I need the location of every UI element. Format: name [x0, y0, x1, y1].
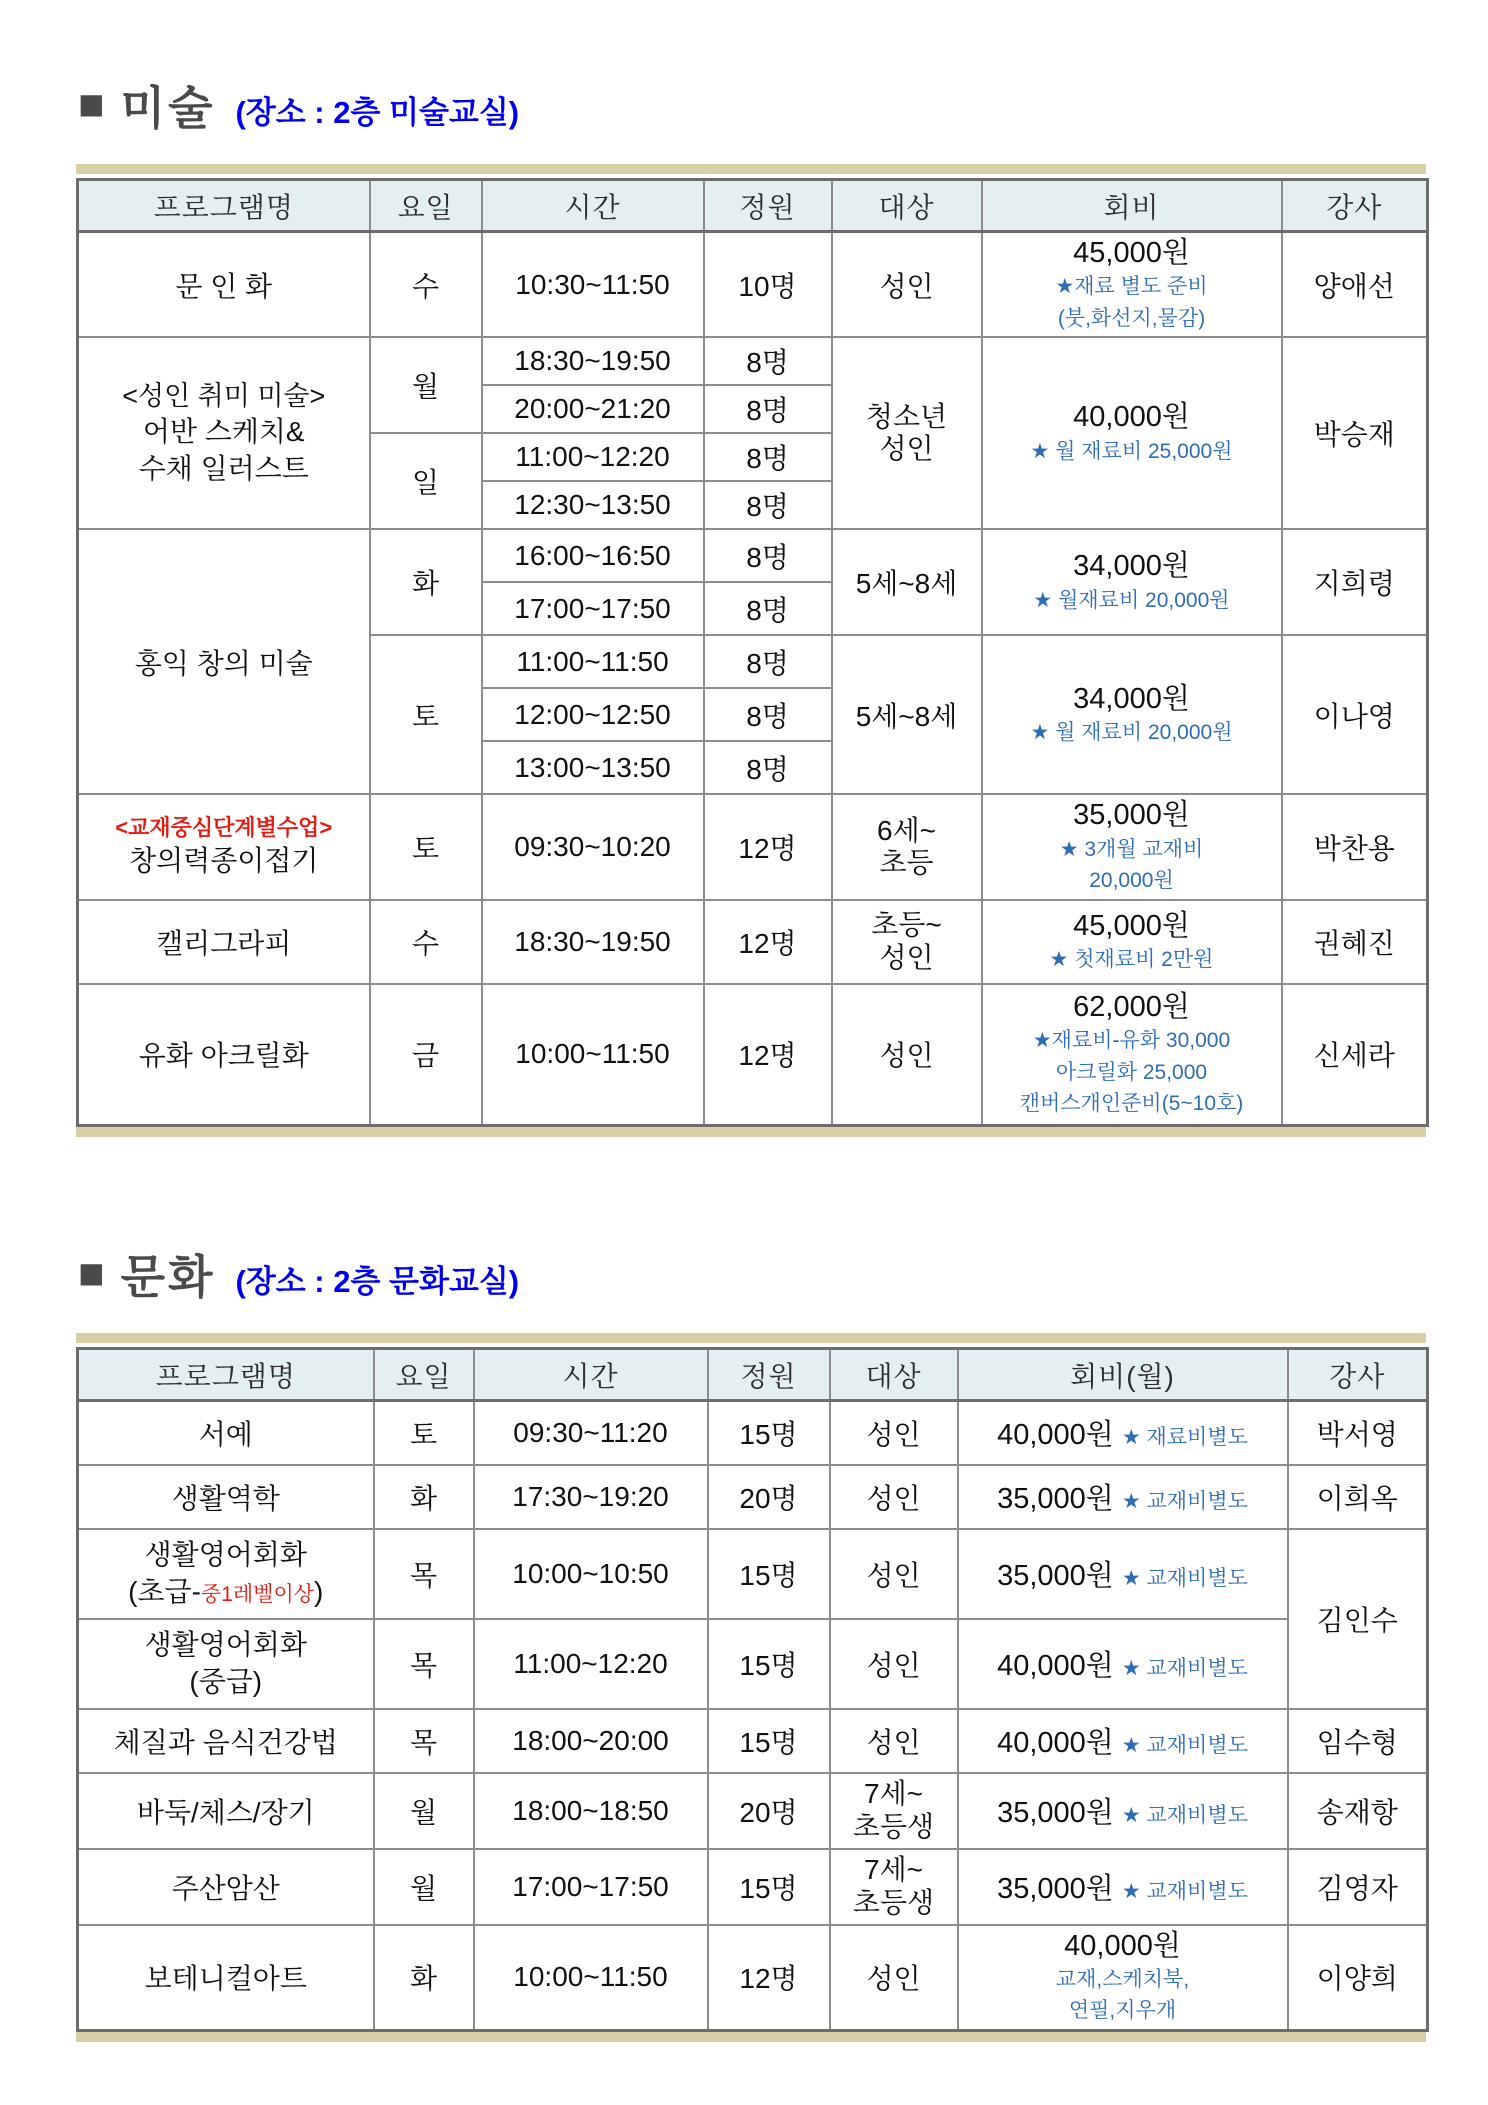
- table-row: 바둑/체스/장기 월 18:00~18:50 20명 7세~ 초등생 35,00…: [78, 1773, 1428, 1849]
- cell-teacher: 이희옥: [1288, 1465, 1428, 1529]
- fee-note: 아크릴화 25,000: [987, 1057, 1277, 1089]
- cell-capacity: 8명: [704, 529, 832, 582]
- fee-amount: 40,000원: [997, 1419, 1114, 1451]
- cell-fee: 35,000원★ 교재비별도: [958, 1465, 1288, 1529]
- program-line: (중급): [83, 1664, 369, 1700]
- cell-day: 화: [374, 1465, 474, 1529]
- fee-amount: 35,000원: [997, 1797, 1114, 1829]
- table-header-row: 프로그램명 요일 시간 정원 대상 회비 강사: [78, 180, 1428, 232]
- table-row: 캘리그라피 수 18:30~19:50 12명 초등~ 성인 45,000원 ★…: [78, 900, 1428, 984]
- table-row: 체질과 음식건강법 목 18:00~20:00 15명 성인 40,000원★ …: [78, 1709, 1428, 1773]
- cell-time: 12:30~13:50: [482, 481, 704, 529]
- program-line: (초급-중1레벨이상): [83, 1574, 369, 1610]
- cell-capacity: 15명: [708, 1529, 830, 1619]
- cell-day: 토: [370, 794, 482, 899]
- program-text: ): [314, 1576, 323, 1607]
- cell-fee: 40,000원 교재,스케치북, 연필,지우개: [958, 1925, 1288, 2031]
- col-header-teacher: 강사: [1282, 180, 1428, 232]
- target-line: 성인: [837, 942, 977, 974]
- cell-day: 월: [374, 1849, 474, 1925]
- cell-fee: 34,000원 ★ 월 재료비 20,000원: [982, 635, 1282, 794]
- cell-time: 13:00~13:50: [482, 741, 704, 794]
- cell-teacher: 박승재: [1282, 337, 1428, 529]
- cell-day: 목: [374, 1529, 474, 1619]
- table-bottom-bar: [76, 2032, 1426, 2042]
- target-line: 성인: [837, 433, 977, 465]
- fee-amount: 40,000원: [997, 1727, 1114, 1759]
- table-row: 생활역학 화 17:30~19:20 20명 성인 35,000원★ 교재비별도…: [78, 1465, 1428, 1529]
- table-row: 문 인 화 수 10:30~11:50 10명 성인 45,000원 ★재료 별…: [78, 232, 1428, 338]
- cell-day: 화: [370, 529, 482, 635]
- fee-note: ★ 첫재료비 2만원: [987, 944, 1277, 976]
- square-bullet-icon: ■: [78, 83, 105, 127]
- cell-capacity: 12명: [708, 1925, 830, 2031]
- table-row: 주산암산 월 17:00~17:50 15명 7세~ 초등생 35,000원★ …: [78, 1849, 1428, 1925]
- cell-day: 금: [370, 984, 482, 1126]
- fee-amount: 34,000원: [987, 681, 1277, 717]
- cell-program: 생활역학: [78, 1465, 374, 1529]
- cell-target: 성인: [830, 1401, 958, 1465]
- cell-capacity: 15명: [708, 1619, 830, 1709]
- cell-program: 서예: [78, 1401, 374, 1465]
- cell-time: 11:00~11:50: [482, 635, 704, 688]
- cell-time: 10:00~11:50: [482, 984, 704, 1126]
- fee-note: ★재료 별도 준비: [987, 271, 1277, 303]
- table-row: <교재중심단계별수업> 창의력종이접기 토 09:30~10:20 12명 6세…: [78, 794, 1428, 899]
- cell-program: 캘리그라피: [78, 900, 370, 984]
- table-top-bar: [76, 164, 1426, 174]
- culture-schedule-table: 프로그램명 요일 시간 정원 대상 회비(월) 강사 서예 토 09:30~11…: [76, 1347, 1429, 2032]
- cell-time: 18:30~19:50: [482, 337, 704, 385]
- fee-note: ★ 교재비별도: [1122, 1657, 1248, 1680]
- target-line: 초등: [837, 847, 977, 879]
- cell-program: 바둑/체스/장기: [78, 1773, 374, 1849]
- program-line: <성인 취미 미술>: [83, 379, 365, 414]
- cell-program: 보테니컬아트: [78, 1925, 374, 2031]
- col-header-target: 대상: [830, 1349, 958, 1401]
- cell-target: 5세~8세: [832, 635, 982, 794]
- table-top-bar: [76, 1333, 1426, 1343]
- fee-amount: 35,000원: [997, 1560, 1114, 1592]
- page-content: ■ 미술 (장소 : 2층 미술교실) 프로그램명 요일 시간 정원 대상 회비…: [0, 0, 1488, 2042]
- cell-time: 12:00~12:50: [482, 688, 704, 741]
- fee-note: 20,000원: [987, 865, 1277, 897]
- fee-amount: 45,000원: [987, 235, 1277, 271]
- cell-program: 문 인 화: [78, 232, 370, 338]
- fee-note: ★ 월 재료비 25,000원: [987, 436, 1277, 468]
- section-title: 문화: [121, 1241, 216, 1307]
- program-line: 어반 스케치&: [83, 414, 365, 450]
- cell-time: 09:30~10:20: [482, 794, 704, 899]
- cell-target: 5세~8세: [832, 529, 982, 635]
- cell-day: 일: [370, 433, 482, 529]
- cell-capacity: 8명: [704, 337, 832, 385]
- cell-capacity: 8명: [704, 582, 832, 635]
- cell-teacher: 송재항: [1288, 1773, 1428, 1849]
- fee-note: ★ 재료비별도: [1122, 1426, 1248, 1449]
- cell-program: 유화 아크릴화: [78, 984, 370, 1126]
- cell-target: 7세~ 초등생: [830, 1849, 958, 1925]
- cell-target: 성인: [830, 1529, 958, 1619]
- cell-fee: 45,000원 ★재료 별도 준비 (붓,화선지,물감): [982, 232, 1282, 338]
- fee-note: ★ 교재비별도: [1122, 1490, 1248, 1513]
- cell-capacity: 10명: [704, 232, 832, 338]
- cell-teacher: 박서영: [1288, 1401, 1428, 1465]
- cell-day: 월: [370, 337, 482, 433]
- table-row: 보테니컬아트 화 10:00~11:50 12명 성인 40,000원 교재,스…: [78, 1925, 1428, 2031]
- art-schedule-table: 프로그램명 요일 시간 정원 대상 회비 강사 문 인 화 수 10:30~11…: [76, 178, 1429, 1127]
- table-header-row: 프로그램명 요일 시간 정원 대상 회비(월) 강사: [78, 1349, 1428, 1401]
- target-line: 초등생: [835, 1887, 953, 1919]
- target-line: 7세~: [835, 1854, 953, 1886]
- fee-amount: 35,000원: [987, 797, 1277, 833]
- section-subtitle: (장소 : 2층 문화교실): [235, 1248, 519, 1301]
- cell-capacity: 15명: [708, 1709, 830, 1773]
- cell-capacity: 8명: [704, 385, 832, 433]
- cell-teacher: 양애선: [1282, 232, 1428, 338]
- cell-target: 청소년 성인: [832, 337, 982, 529]
- cell-program: 홍익 창의 미술: [78, 529, 370, 794]
- cell-teacher: 박찬용: [1282, 794, 1428, 899]
- target-line: 초등생: [835, 1811, 953, 1843]
- cell-time: 10:00~11:50: [474, 1925, 708, 2031]
- table-bottom-bar: [76, 1127, 1426, 1137]
- cell-time: 17:00~17:50: [482, 582, 704, 635]
- target-line: 청소년: [837, 401, 977, 433]
- section-subtitle: (장소 : 2층 미술교실): [235, 79, 519, 132]
- cell-program: 체질과 음식건강법: [78, 1709, 374, 1773]
- table-row: 유화 아크릴화 금 10:00~11:50 12명 성인 62,000원 ★재료…: [78, 984, 1428, 1126]
- fee-note: ★재료비-유화 30,000: [987, 1025, 1277, 1057]
- fee-note: 연필,지우개: [963, 1995, 1283, 2027]
- cell-teacher: 신세라: [1282, 984, 1428, 1126]
- cell-time: 17:30~19:20: [474, 1465, 708, 1529]
- table-row: 홍익 창의 미술 화 16:00~16:50 8명 5세~8세 34,000원 …: [78, 529, 1428, 582]
- cell-program: 생활영어회화 (초급-중1레벨이상): [78, 1529, 374, 1619]
- cell-target: 성인: [830, 1709, 958, 1773]
- cell-program: <교재중심단계별수업> 창의력종이접기: [78, 794, 370, 899]
- cell-target: 성인: [830, 1925, 958, 2031]
- fee-note: ★ 3개월 교재비: [987, 834, 1277, 866]
- fee-note: 교재,스케치북,: [963, 1964, 1283, 1996]
- cell-capacity: 15명: [708, 1401, 830, 1465]
- cell-teacher: 이양희: [1288, 1925, 1428, 2031]
- cell-time: 18:30~19:50: [482, 900, 704, 984]
- cell-capacity: 12명: [704, 900, 832, 984]
- table-row: 생활영어회화 (중급) 목 11:00~12:20 15명 성인 40,000원…: [78, 1619, 1428, 1709]
- cell-fee: 62,000원 ★재료비-유화 30,000 아크릴화 25,000 캔버스개인…: [982, 984, 1282, 1126]
- cell-day: 수: [370, 232, 482, 338]
- program-line: <교재중심단계별수업>: [83, 814, 365, 843]
- cell-time: 16:00~16:50: [482, 529, 704, 582]
- col-header-time: 시간: [482, 180, 704, 232]
- cell-program: <성인 취미 미술> 어반 스케치& 수채 일러스트: [78, 337, 370, 529]
- cell-capacity: 20명: [708, 1465, 830, 1529]
- col-header-time: 시간: [474, 1349, 708, 1401]
- cell-target: 7세~ 초등생: [830, 1773, 958, 1849]
- fee-amount: 62,000원: [987, 989, 1277, 1025]
- cell-fee: 34,000원 ★ 월재료비 20,000원: [982, 529, 1282, 635]
- program-line: 수채 일러스트: [83, 451, 365, 487]
- cell-day: 화: [374, 1925, 474, 2031]
- cell-time: 20:00~21:20: [482, 385, 704, 433]
- fee-note: ★ 월재료비 20,000원: [987, 585, 1277, 617]
- cell-capacity: 8명: [704, 688, 832, 741]
- cell-target: 성인: [830, 1619, 958, 1709]
- cell-target: 성인: [830, 1465, 958, 1529]
- section-title: 미술: [121, 72, 216, 138]
- cell-day: 목: [374, 1619, 474, 1709]
- cell-capacity: 8명: [704, 433, 832, 481]
- col-header-fee: 회비: [982, 180, 1282, 232]
- cell-program: 주산암산: [78, 1849, 374, 1925]
- cell-fee: 40,000원★ 교재비별도: [958, 1619, 1288, 1709]
- cell-fee: 35,000원★ 교재비별도: [958, 1529, 1288, 1619]
- cell-fee: 40,000원★ 재료비별도: [958, 1401, 1288, 1465]
- col-header-capacity: 정원: [708, 1349, 830, 1401]
- fee-amount: 35,000원: [997, 1873, 1114, 1905]
- col-header-program: 프로그램명: [78, 180, 370, 232]
- program-line: 생활영어회화: [83, 1627, 369, 1663]
- program-text: (초급-: [128, 1576, 201, 1607]
- table-row: <성인 취미 미술> 어반 스케치& 수채 일러스트 월 18:30~19:50…: [78, 337, 1428, 385]
- cell-capacity: 12명: [704, 984, 832, 1126]
- cell-target: 초등~ 성인: [832, 900, 982, 984]
- cell-fee: 40,000원★ 교재비별도: [958, 1709, 1288, 1773]
- section-heading-art: ■ 미술 (장소 : 2층 미술교실): [78, 72, 1488, 138]
- fee-amount: 34,000원: [987, 548, 1277, 584]
- cell-fee: 35,000원★ 교재비별도: [958, 1849, 1288, 1925]
- cell-day: 수: [370, 900, 482, 984]
- fee-note: (붓,화선지,물감): [987, 303, 1277, 335]
- table-row: 서예 토 09:30~11:20 15명 성인 40,000원★ 재료비별도 박…: [78, 1401, 1428, 1465]
- cell-day: 토: [370, 635, 482, 794]
- col-header-day: 요일: [374, 1349, 474, 1401]
- table-row: 생활영어회화 (초급-중1레벨이상) 목 10:00~10:50 15명 성인 …: [78, 1529, 1428, 1619]
- cell-fee: 35,000원 ★ 3개월 교재비 20,000원: [982, 794, 1282, 899]
- fee-note: ★ 교재비별도: [1122, 1880, 1248, 1903]
- cell-time: 18:00~18:50: [474, 1773, 708, 1849]
- fee-amount: 35,000원: [997, 1483, 1114, 1515]
- cell-target: 6세~ 초등: [832, 794, 982, 899]
- fee-amount: 40,000원: [963, 1928, 1283, 1964]
- cell-program: 생활영어회화 (중급): [78, 1619, 374, 1709]
- fee-note: 캔버스개인준비(5~10호): [987, 1088, 1277, 1120]
- cell-teacher: 이나영: [1282, 635, 1428, 794]
- cell-capacity: 15명: [708, 1849, 830, 1925]
- col-header-day: 요일: [370, 180, 482, 232]
- cell-day: 목: [374, 1709, 474, 1773]
- cell-teacher: 임수형: [1288, 1709, 1428, 1773]
- cell-teacher: 김인수: [1288, 1529, 1428, 1709]
- cell-capacity: 8명: [704, 481, 832, 529]
- program-text-red: 중1레벨이상: [201, 1583, 314, 1606]
- fee-note: ★ 교재비별도: [1122, 1734, 1248, 1757]
- fee-amount: 40,000원: [997, 1650, 1114, 1682]
- fee-amount: 45,000원: [987, 908, 1277, 944]
- col-header-fee: 회비(월): [958, 1349, 1288, 1401]
- cell-teacher: 김영자: [1288, 1849, 1428, 1925]
- cell-capacity: 8명: [704, 741, 832, 794]
- cell-target: 성인: [832, 232, 982, 338]
- cell-capacity: 8명: [704, 635, 832, 688]
- cell-day: 토: [374, 1401, 474, 1465]
- cell-time: 09:30~11:20: [474, 1401, 708, 1465]
- col-header-teacher: 강사: [1288, 1349, 1428, 1401]
- cell-teacher: 권혜진: [1282, 900, 1428, 984]
- cell-time: 10:30~11:50: [482, 232, 704, 338]
- program-line: 창의력종이접기: [83, 843, 365, 879]
- cell-target: 성인: [832, 984, 982, 1126]
- cell-capacity: 20명: [708, 1773, 830, 1849]
- cell-time: 11:00~12:20: [482, 433, 704, 481]
- cell-day: 월: [374, 1773, 474, 1849]
- col-header-target: 대상: [832, 180, 982, 232]
- col-header-program: 프로그램명: [78, 1349, 374, 1401]
- target-line: 초등~: [837, 909, 977, 941]
- cell-time: 10:00~10:50: [474, 1529, 708, 1619]
- fee-note: ★ 교재비별도: [1122, 1567, 1248, 1590]
- cell-time: 11:00~12:20: [474, 1619, 708, 1709]
- square-bullet-icon: ■: [78, 1252, 105, 1296]
- fee-note: ★ 교재비별도: [1122, 1804, 1248, 1827]
- fee-amount: 40,000원: [987, 399, 1277, 435]
- cell-fee: 40,000원 ★ 월 재료비 25,000원: [982, 337, 1282, 529]
- cell-capacity: 12명: [704, 794, 832, 899]
- cell-fee: 35,000원★ 교재비별도: [958, 1773, 1288, 1849]
- fee-note: ★ 월 재료비 20,000원: [987, 717, 1277, 749]
- target-line: 7세~: [835, 1778, 953, 1810]
- cell-time: 17:00~17:50: [474, 1849, 708, 1925]
- cell-teacher: 지희령: [1282, 529, 1428, 635]
- col-header-capacity: 정원: [704, 180, 832, 232]
- cell-time: 18:00~20:00: [474, 1709, 708, 1773]
- target-line: 6세~: [837, 815, 977, 847]
- section-heading-culture: ■ 문화 (장소 : 2층 문화교실): [78, 1241, 1488, 1307]
- cell-fee: 45,000원 ★ 첫재료비 2만원: [982, 900, 1282, 984]
- program-line: 생활영어회화: [83, 1537, 369, 1573]
